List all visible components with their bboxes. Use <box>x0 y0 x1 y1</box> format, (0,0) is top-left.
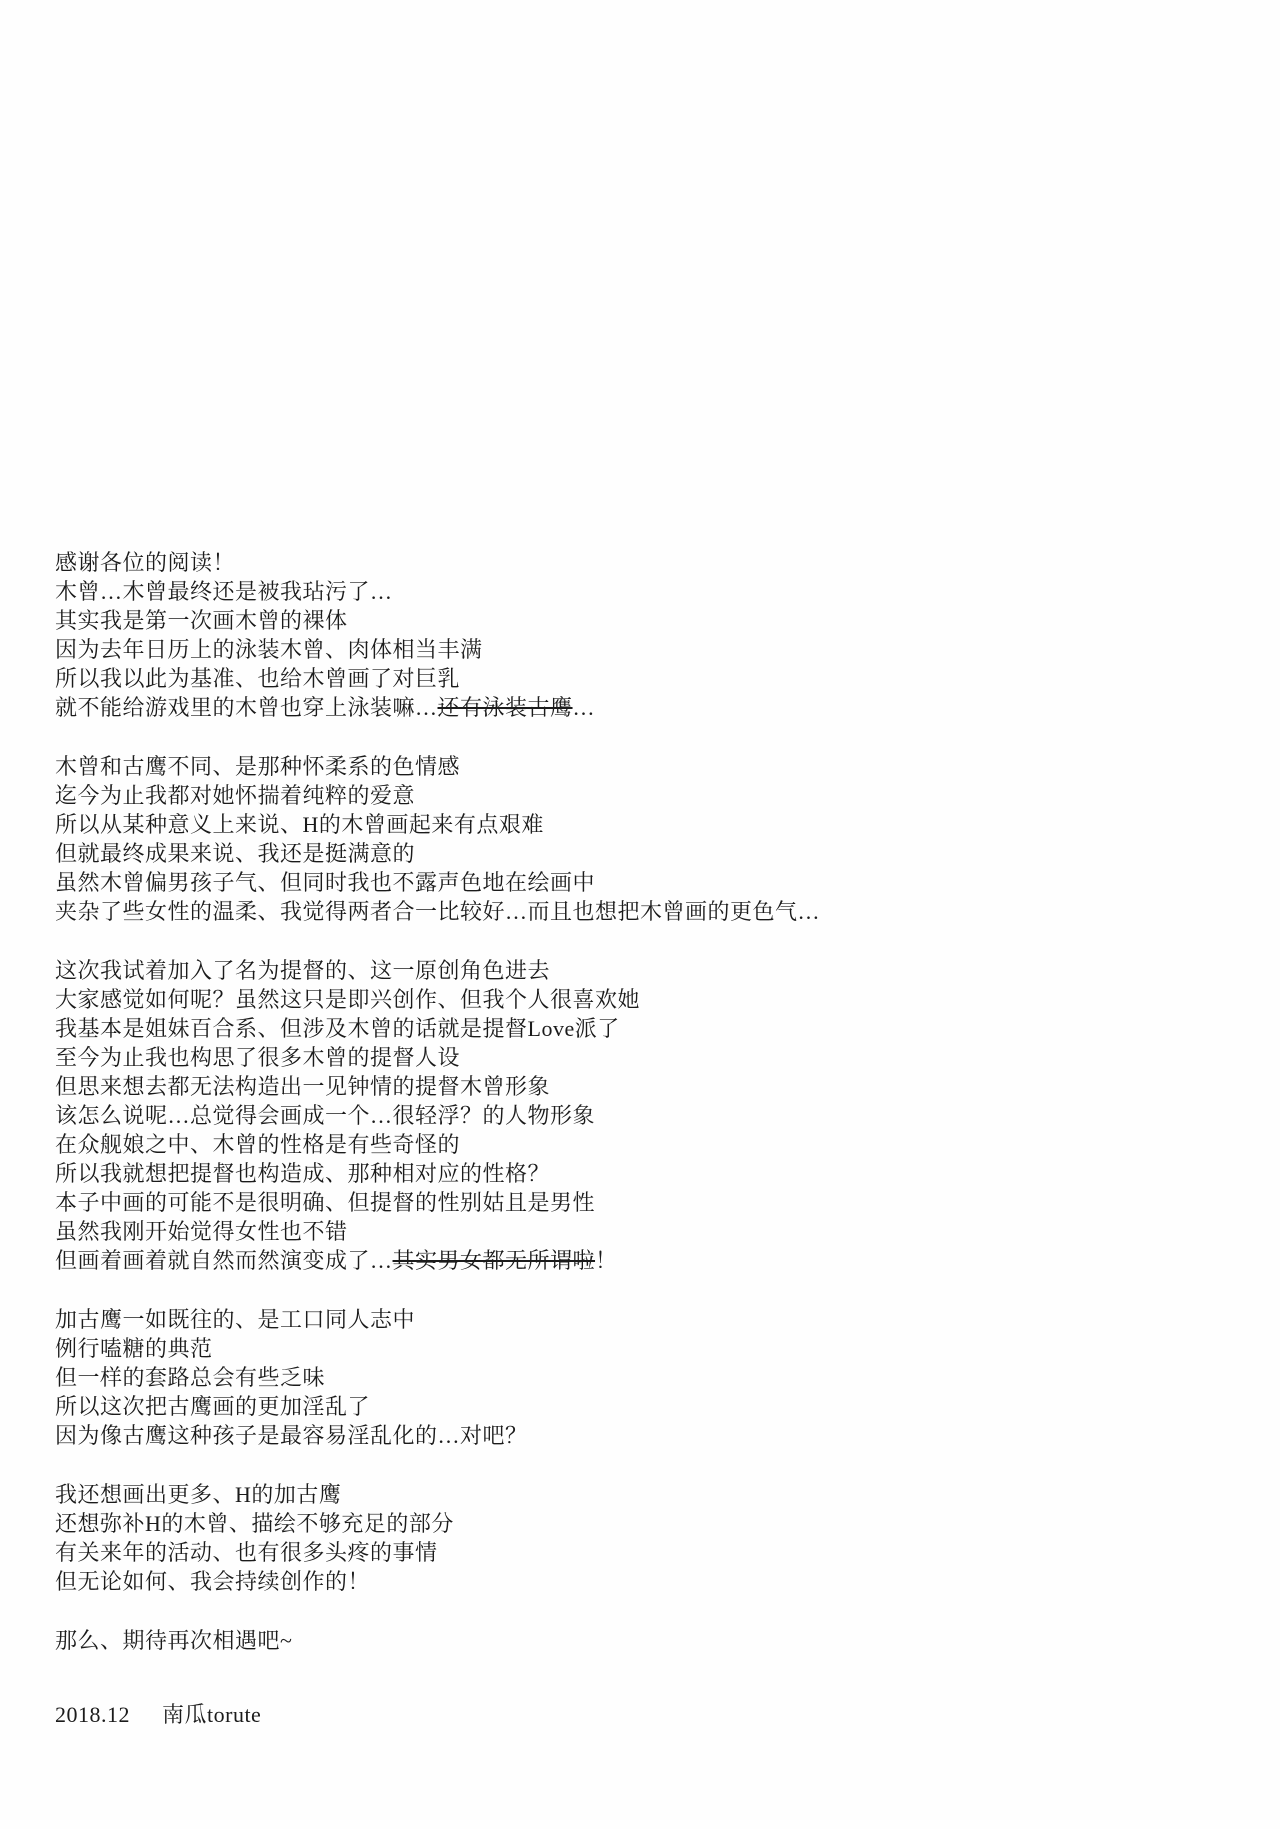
text-line: 还想弥补H的木曾、描绘不够充足的部分 <box>55 1509 820 1538</box>
text-segment: 那么、期待再次相遇吧~ <box>55 1628 292 1653</box>
text-line: 所以这次把古鹰画的更加淫乱了 <box>55 1392 820 1421</box>
text-segment: 夹杂了些女性的温柔、我觉得两者合一比较好…而且也想把木曾画的更色气… <box>55 899 820 924</box>
text-segment: 虽然我刚开始觉得女性也不错 <box>55 1219 348 1244</box>
text-segment: 所以我就想把提督也构造成、那种相对应的性格？ <box>55 1161 550 1186</box>
text-line: 因为像古鹰这种孩子是最容易淫乱化的…对吧？ <box>55 1421 820 1450</box>
paragraph: 加古鹰一如既往的、是工口同人志中例行嗑糖的典范但一样的套路总会有些乏味所以这次把… <box>55 1305 820 1450</box>
text-segment: 但一样的套路总会有些乏味 <box>55 1365 325 1390</box>
text-line: 在众舰娘之中、木曾的性格是有些奇怪的 <box>55 1130 820 1159</box>
text-segment: 我还想画出更多、H的加古鹰 <box>55 1482 341 1507</box>
text-segment: 在众舰娘之中、木曾的性格是有些奇怪的 <box>55 1132 460 1157</box>
text-line: 但一样的套路总会有些乏味 <box>55 1363 820 1392</box>
text-segment: ！ <box>595 1248 618 1273</box>
text-line: 感谢各位的阅读！ <box>55 548 820 577</box>
text-segment: 加古鹰一如既往的、是工口同人志中 <box>55 1307 415 1332</box>
text-segment: 但就最终成果来说、我还是挺满意的 <box>55 841 415 866</box>
text-line: 该怎么说呢…总觉得会画成一个…很轻浮？的人物形象 <box>55 1101 820 1130</box>
text-line: 本子中画的可能不是很明确、但提督的性别姑且是男性 <box>55 1188 820 1217</box>
paragraph: 木曾和古鹰不同、是那种怀柔系的色情感迄今为止我都对她怀揣着纯粹的爱意所以从某种意… <box>55 752 820 926</box>
text-line: 但思来想去都无法构造出一见钟情的提督木曾形象 <box>55 1072 820 1101</box>
text-line: 木曾…木曾最终还是被我玷污了… <box>55 577 820 606</box>
text-line: 木曾和古鹰不同、是那种怀柔系的色情感 <box>55 752 820 781</box>
text-segment: 木曾和古鹰不同、是那种怀柔系的色情感 <box>55 754 460 779</box>
text-line: 但画着画着就自然而然演变成了…其实男女都无所谓啦！ <box>55 1246 820 1275</box>
text-line: 虽然木曾偏男孩子气、但同时我也不露声色地在绘画中 <box>55 868 820 897</box>
text-segment: 但思来想去都无法构造出一见钟情的提督木曾形象 <box>55 1074 550 1099</box>
text-segment: … <box>573 695 596 720</box>
struck-text: 其实男女都无所谓啦 <box>393 1248 596 1273</box>
text-segment: 就不能给游戏里的木曾也穿上泳装嘛… <box>55 695 438 720</box>
text-line: 虽然我刚开始觉得女性也不错 <box>55 1217 820 1246</box>
text-segment: 因为像古鹰这种孩子是最容易淫乱化的…对吧？ <box>55 1423 528 1448</box>
text-line: 但就最终成果来说、我还是挺满意的 <box>55 839 820 868</box>
text-line: 这次我试着加入了名为提督的、这一原创角色进去 <box>55 956 820 985</box>
text-line: 所以我就想把提督也构造成、那种相对应的性格？ <box>55 1159 820 1188</box>
text-segment: 大家感觉如何呢？虽然这只是即兴创作、但我个人很喜欢她 <box>55 987 640 1012</box>
text-line: 夹杂了些女性的温柔、我觉得两者合一比较好…而且也想把木曾画的更色气… <box>55 897 820 926</box>
paragraph: 我还想画出更多、H的加古鹰还想弥补H的木曾、描绘不够充足的部分有关来年的活动、也… <box>55 1480 820 1596</box>
text-segment: 但无论如何、我会持续创作的！ <box>55 1569 370 1594</box>
text-line: 我还想画出更多、H的加古鹰 <box>55 1480 820 1509</box>
text-segment: 这次我试着加入了名为提督的、这一原创角色进去 <box>55 958 550 983</box>
text-segment: 所以这次把古鹰画的更加淫乱了 <box>55 1394 370 1419</box>
text-segment: 因为去年日历上的泳装木曾、肉体相当丰满 <box>55 637 483 662</box>
text-segment: 还想弥补H的木曾、描绘不够充足的部分 <box>55 1511 454 1536</box>
text-segment: 本子中画的可能不是很明确、但提督的性别姑且是男性 <box>55 1190 595 1215</box>
text-segment: 我基本是姐妹百合系、但涉及木曾的话就是提督Love派了 <box>55 1016 620 1041</box>
text-line: 那么、期待再次相遇吧~ <box>55 1626 820 1655</box>
text-segment: 例行嗑糖的典范 <box>55 1336 213 1361</box>
text-line: 因为去年日历上的泳装木曾、肉体相当丰满 <box>55 635 820 664</box>
text-line: 大家感觉如何呢？虽然这只是即兴创作、但我个人很喜欢她 <box>55 985 820 1014</box>
text-segment: 至今为止我也构思了很多木曾的提督人设 <box>55 1045 460 1070</box>
text-segment: 其实我是第一次画木曾的裸体 <box>55 608 348 633</box>
text-segment: 所以我以此为基准、也给木曾画了对巨乳 <box>55 666 460 691</box>
signature-line: 2018.12南瓜torute <box>55 1698 261 1729</box>
text-line: 例行嗑糖的典范 <box>55 1334 820 1363</box>
text-segment: 所以从某种意义上来说、H的木曾画起来有点艰难 <box>55 812 544 837</box>
signature-author: 南瓜torute <box>162 1702 261 1727</box>
text-line: 就不能给游戏里的木曾也穿上泳装嘛…还有泳装古鹰… <box>55 693 820 722</box>
text-segment: 有关来年的活动、也有很多头疼的事情 <box>55 1540 438 1565</box>
text-segment: 迄今为止我都对她怀揣着纯粹的爱意 <box>55 783 415 808</box>
text-line: 所以从某种意义上来说、H的木曾画起来有点艰难 <box>55 810 820 839</box>
text-line: 我基本是姐妹百合系、但涉及木曾的话就是提督Love派了 <box>55 1014 820 1043</box>
text-line: 但无论如何、我会持续创作的！ <box>55 1567 820 1596</box>
paragraph: 感谢各位的阅读！木曾…木曾最终还是被我玷污了…其实我是第一次画木曾的裸体因为去年… <box>55 548 820 722</box>
paragraph: 这次我试着加入了名为提督的、这一原创角色进去大家感觉如何呢？虽然这只是即兴创作、… <box>55 956 820 1275</box>
afterword-text-block: 感谢各位的阅读！木曾…木曾最终还是被我玷污了…其实我是第一次画木曾的裸体因为去年… <box>55 548 820 1685</box>
signature-date: 2018.12 <box>55 1702 130 1727</box>
text-line: 加古鹰一如既往的、是工口同人志中 <box>55 1305 820 1334</box>
text-segment: 但画着画着就自然而然演变成了… <box>55 1248 393 1273</box>
paragraph: 那么、期待再次相遇吧~ <box>55 1626 820 1655</box>
text-line: 有关来年的活动、也有很多头疼的事情 <box>55 1538 820 1567</box>
text-line: 其实我是第一次画木曾的裸体 <box>55 606 820 635</box>
text-segment: 感谢各位的阅读！ <box>55 550 235 575</box>
text-line: 所以我以此为基准、也给木曾画了对巨乳 <box>55 664 820 693</box>
text-line: 至今为止我也构思了很多木曾的提督人设 <box>55 1043 820 1072</box>
text-segment: 木曾…木曾最终还是被我玷污了… <box>55 579 393 604</box>
scanned-afterword-page: 感谢各位的阅读！木曾…木曾最终还是被我玷污了…其实我是第一次画木曾的裸体因为去年… <box>0 0 1280 1829</box>
text-line: 迄今为止我都对她怀揣着纯粹的爱意 <box>55 781 820 810</box>
struck-text: 还有泳装古鹰 <box>438 695 573 720</box>
text-segment: 虽然木曾偏男孩子气、但同时我也不露声色地在绘画中 <box>55 870 595 895</box>
text-segment: 该怎么说呢…总觉得会画成一个…很轻浮？的人物形象 <box>55 1103 595 1128</box>
